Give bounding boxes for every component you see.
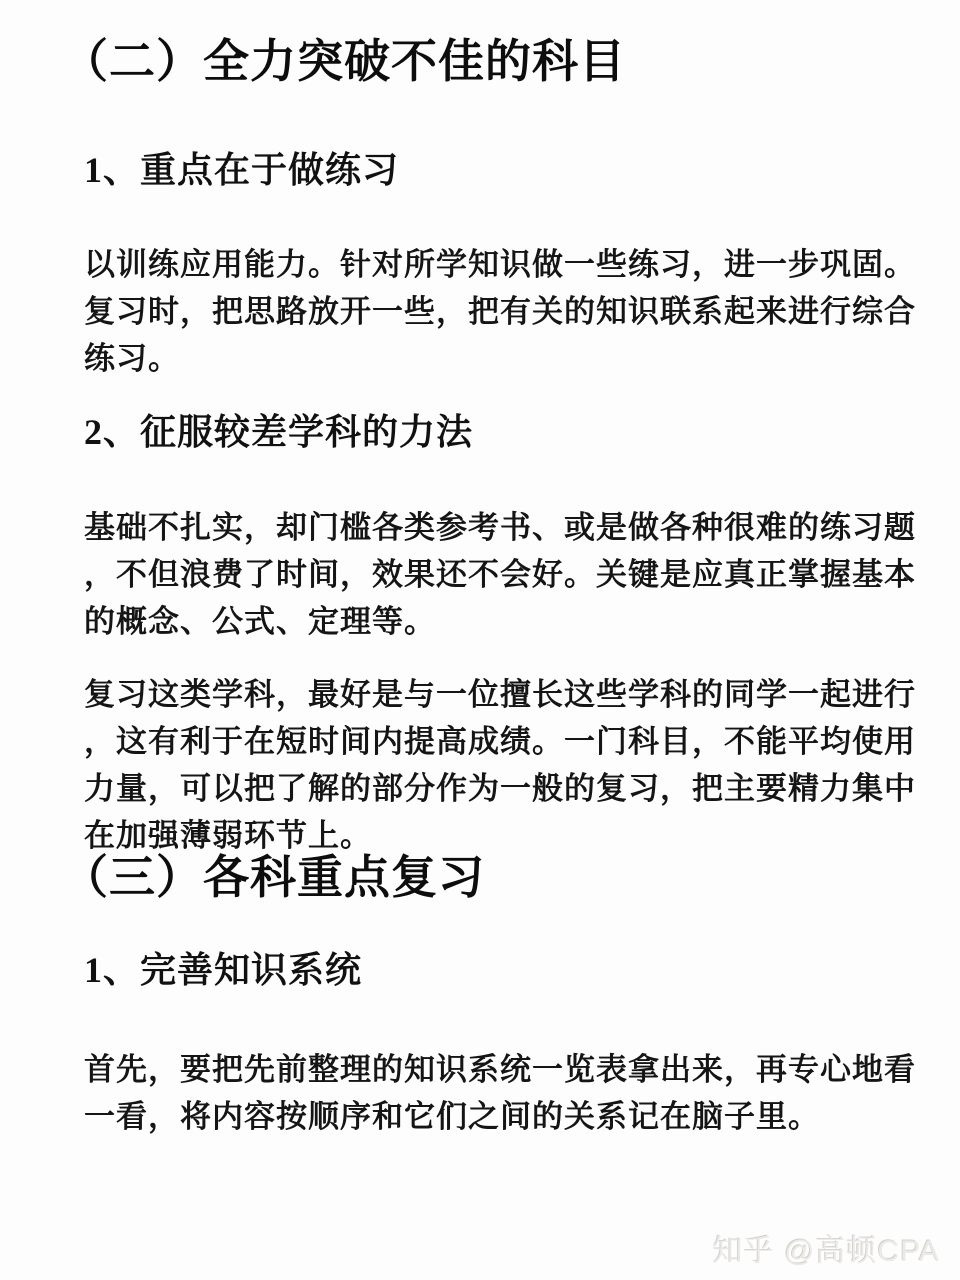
paragraph-knowledge-overview-table: 首先，要把先前整理的知识系统一览表拿出来，再专心地看 一看，将内容按顺序和它们之… bbox=[84, 1046, 916, 1140]
paragraph-weak-foundation: 基础不扎实，却门槛各类参考书、或是做各种很难的练习题 ，不但浪费了时间，效果还不… bbox=[84, 504, 916, 645]
paragraph-review-with-classmate: 复习这类学科，最好是与一位擅长这些学科的同学一起进行 ，这有利于在短时间内提高成… bbox=[84, 671, 916, 859]
subsection-title-perfect-knowledge-system: 1、完善知识系统 bbox=[84, 950, 362, 991]
section-heading-breakthrough-weak-subjects: （二）全力突破不佳的科目 bbox=[62, 36, 626, 87]
zhihu-author-watermark: 知乎 @高顿CPA bbox=[713, 1226, 940, 1270]
subsection-title-focus-on-practice: 1、重点在于做练习 bbox=[84, 150, 399, 191]
paragraph-practice-training: 以训练应用能力。针对所学知识做一些练习，进一步巩固。 复习时，把思路放开一些，把… bbox=[84, 241, 916, 382]
document-page: （二）全力突破不佳的科目 1、重点在于做练习 以训练应用能力。针对所学知识做一些… bbox=[0, 0, 960, 1280]
subsection-title-conquer-weak-subjects-method: 2、征服较差学科的力法 bbox=[84, 412, 473, 453]
section-heading-key-review-each-subject: （三）各科重点复习 bbox=[62, 852, 485, 903]
